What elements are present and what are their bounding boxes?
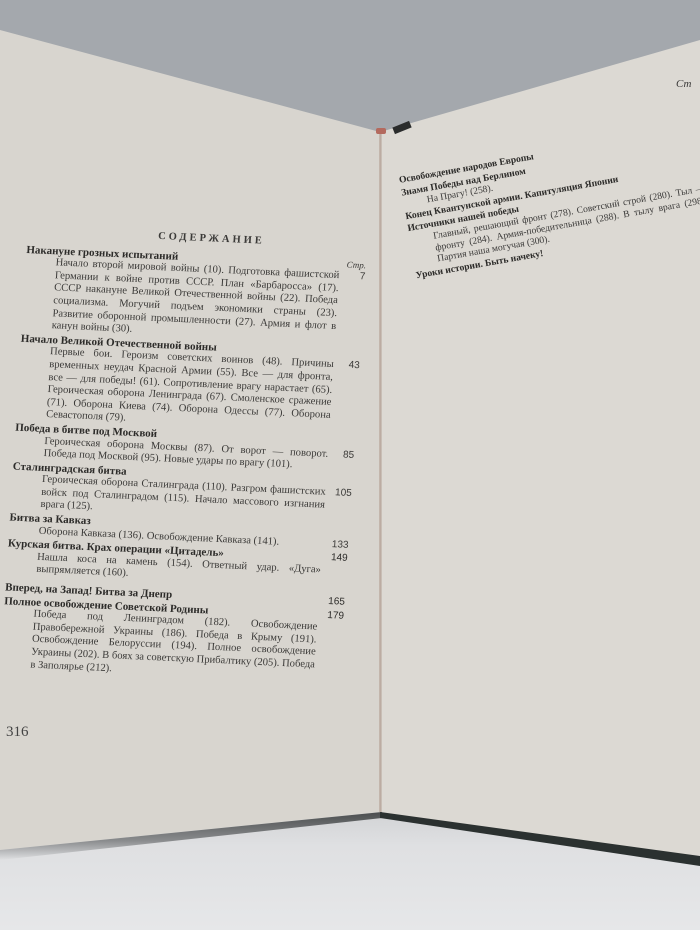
toc-subsection: Стр. 7 Начало второй мировой войны (10).… [21, 256, 363, 347]
page-number: 43 [348, 360, 360, 373]
page-number: 179 [327, 610, 344, 623]
page-number: 7 [359, 271, 365, 284]
table-of-contents-left: СОДЕРЖАНИЕ Накануне грозных испытаний Ст… [0, 225, 366, 686]
toc-subsection: 43 Первые бои. Героизм советских воинов … [16, 345, 358, 436]
section-body: Начало второй мировой войны (10). Подгот… [51, 257, 339, 334]
page-column-header-right: Ст [676, 78, 691, 90]
page-number: 85 [343, 449, 355, 462]
page-column-header: Стр. [346, 259, 366, 272]
page-number: 165 [328, 596, 345, 609]
book-spine [379, 132, 382, 812]
page-number: 149 [331, 552, 348, 565]
section-body: Первые бои. Героизм советских воинов (48… [46, 346, 334, 423]
page-number-footer: 316 [6, 724, 29, 741]
page-number: 105 [335, 487, 352, 500]
page-number: 133 [331, 539, 348, 552]
headband [376, 128, 386, 134]
